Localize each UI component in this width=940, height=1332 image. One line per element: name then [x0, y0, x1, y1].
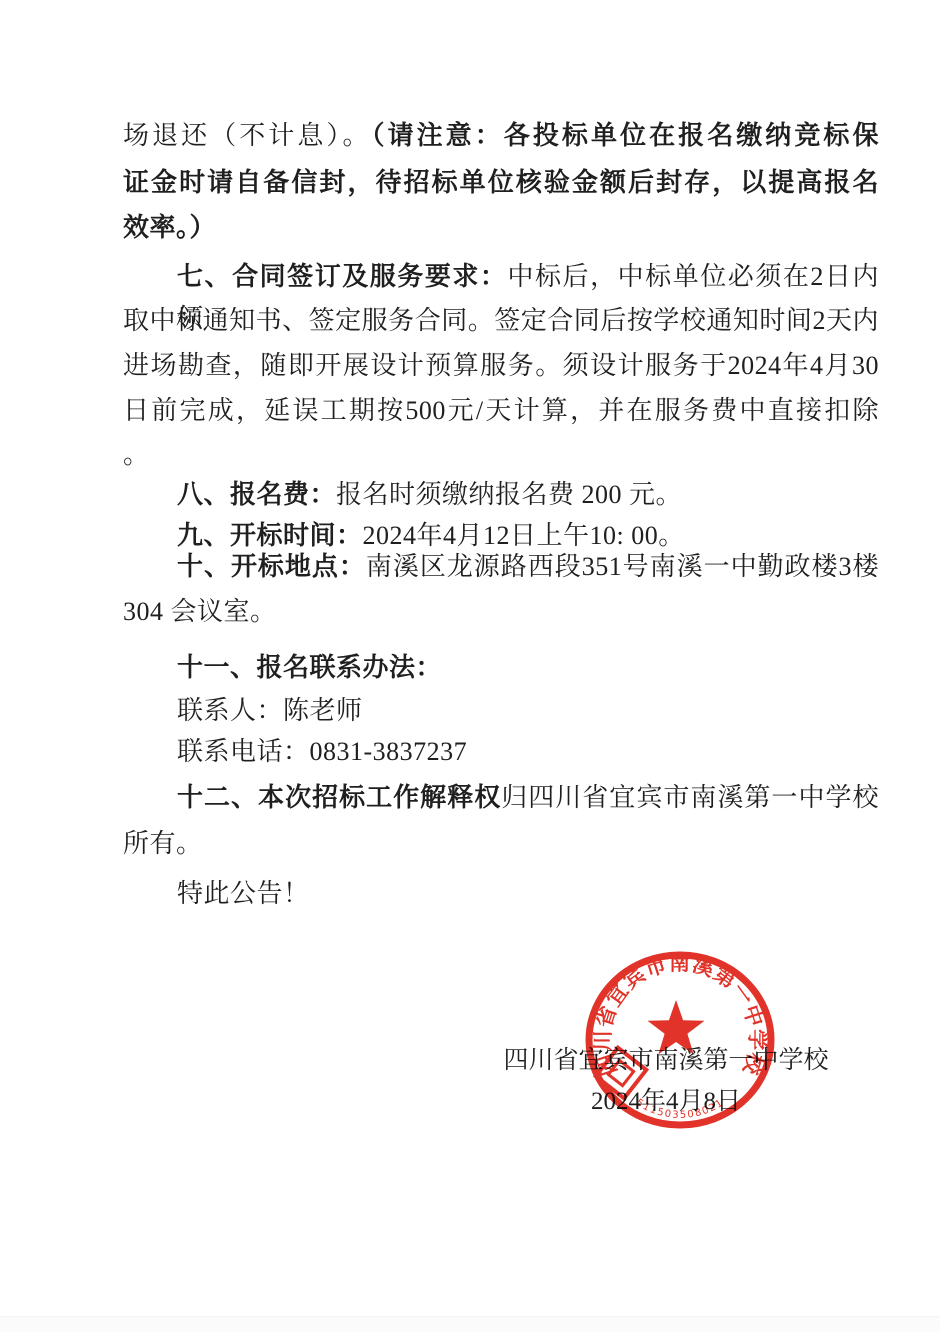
official-seal: 四川省宜宾市南溪第一中学校 511503508021	[560, 930, 810, 1160]
text-line: 。	[123, 434, 879, 476]
text-line: 日前完成，延误工期按500元/天计算，并在服务费中直接扣除	[123, 390, 879, 432]
page-bottom-edge	[0, 1316, 940, 1332]
text-line: 特此公告！	[123, 873, 879, 915]
body-text: 。	[123, 440, 150, 469]
body-text: 日前完成，延误工期按500元/天计算，并在服务费中直接扣除	[123, 396, 879, 425]
text-line: 取中标通知书、签定服务合同。签定合同后按学校通知时间2天内	[123, 300, 879, 342]
body-text: 归四川省宜宾市南溪第一中学校	[501, 783, 879, 812]
bold-text: 效率。）	[123, 212, 216, 242]
text-line: 进场勘查，随即开展设计预算服务。须设计服务于2024年4月30	[123, 345, 879, 387]
bold-text: 证金时请自备信封，待招标单位核验金额后封存，以提高报名	[123, 167, 879, 197]
bold-text: 八、报名费：	[177, 479, 336, 509]
body-text: 所有。	[123, 829, 203, 858]
body-text: 场退还（不计息）。	[123, 121, 372, 150]
body-text: 南溪区龙源路西段351号南溪一中勤政楼3楼	[366, 552, 879, 581]
text-line: 效率。）	[123, 206, 879, 249]
body-text: 联系人：陈老师	[177, 696, 363, 725]
body-text: 报名时须缴纳报名费 200 元。	[336, 480, 682, 509]
text-line: 场退还（不计息）。（请注意：各投标单位在报名缴纳竞标保	[123, 114, 879, 157]
bold-text: （请注意：各投标单位在报名缴纳竞标保	[372, 120, 879, 150]
body-text: 取中标通知书、签定服务合同。签定合同后按学校通知时间2天内	[123, 306, 879, 335]
body-text: 304 会议室。	[123, 597, 277, 626]
star-icon	[648, 1000, 705, 1054]
text-line: 联系人：陈老师	[123, 690, 879, 732]
text-line: 十二、本次招标工作解释权归四川省宜宾市南溪第一中学校	[123, 776, 879, 819]
body-text: 进场勘查，随即开展设计预算服务。须设计服务于2024年4月30	[123, 351, 879, 380]
text-line: 八、报名费：报名时须缴纳报名费 200 元。	[123, 473, 879, 516]
body-text: 特此公告！	[177, 879, 310, 908]
bold-text: 七、合同签订及服务要求：	[177, 261, 507, 291]
text-line: 十、开标地点：南溪区龙源路西段351号南溪一中勤政楼3楼	[123, 545, 879, 588]
text-line: 所有。	[123, 823, 879, 865]
bold-text: 十、开标地点：	[177, 551, 366, 581]
bold-text: 十二、本次招标工作解释权	[177, 782, 501, 812]
text-line: 304 会议室。	[123, 591, 879, 633]
text-line: 证金时请自备信封，待招标单位核验金额后封存，以提高报名	[123, 161, 879, 204]
document-page: 场退还（不计息）。（请注意：各投标单位在报名缴纳竞标保证金时请自备信封，待招标单…	[0, 0, 940, 1332]
bold-text: 十一、报名联系办法：	[177, 652, 442, 682]
text-line: 十一、报名联系办法：	[123, 646, 879, 689]
text-line: 联系电话：0831-3837237	[123, 731, 879, 773]
body-text: 联系电话：0831-3837237	[177, 737, 467, 766]
